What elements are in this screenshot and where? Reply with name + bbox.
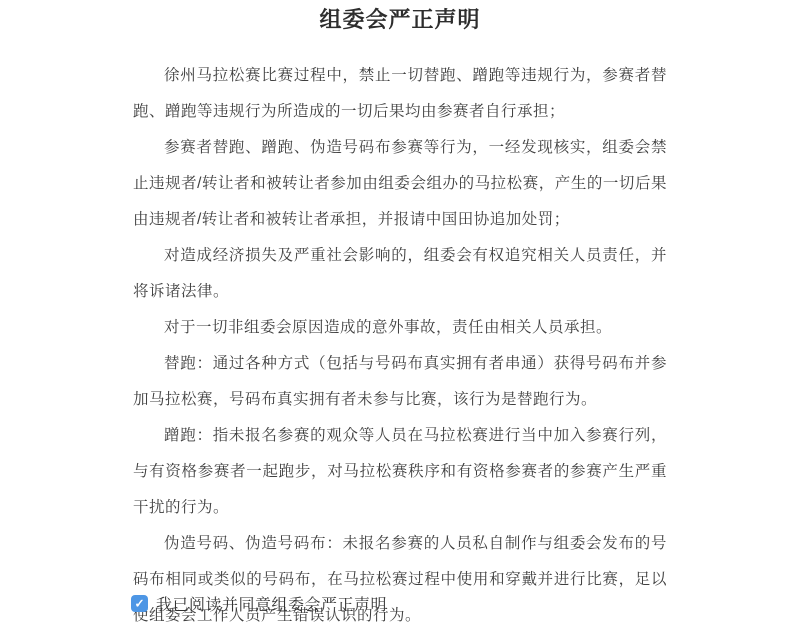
statement-page: 组委会严正声明 徐州马拉松赛比赛过程中，禁止一切替跑、蹭跑等违规行为，参赛者替跑… bbox=[0, 0, 800, 640]
statement-paragraph-2: 参赛者替跑、蹭跑、伪造号码布参赛等行为，一经发现核实，组委会禁止违规者/转让者和… bbox=[133, 130, 667, 238]
statement-paragraph-6: 蹭跑：指未报名参赛的观众等人员在马拉松赛进行当中加入参赛行列，与有资格参赛者一起… bbox=[133, 418, 667, 526]
statement-paragraph-4: 对于一切非组委会原因造成的意外事故，责任由相关人员承担。 bbox=[133, 310, 667, 346]
page-title: 组委会严正声明 bbox=[0, 0, 800, 34]
agreement-checkbox[interactable]: ✓ bbox=[131, 595, 148, 612]
statement-body: 徐州马拉松赛比赛过程中，禁止一切替跑、蹭跑等违规行为，参赛者替跑、蹭跑等违规行为… bbox=[133, 58, 667, 634]
statement-paragraph-3: 对造成经济损失及严重社会影响的，组委会有权追究相关人员责任，并将诉诸法律。 bbox=[133, 238, 667, 310]
checkmark-icon: ✓ bbox=[134, 597, 144, 609]
statement-paragraph-7: 伪造号码、伪造号码布：未报名参赛的人员私自制作与组委会发布的号码布相同或类似的号… bbox=[133, 526, 667, 634]
statement-paragraph-5: 替跑：通过各种方式（包括与号码布真实拥有者串通）获得号码布并参加马拉松赛，号码布… bbox=[133, 346, 667, 418]
statement-paragraph-1: 徐州马拉松赛比赛过程中，禁止一切替跑、蹭跑等违规行为，参赛者替跑、蹭跑等违规行为… bbox=[133, 58, 667, 130]
agreement-row[interactable]: ✓ 我已阅读并同意组委会严正声明 bbox=[131, 592, 387, 615]
agreement-label: 我已阅读并同意组委会严正声明 bbox=[156, 592, 387, 615]
